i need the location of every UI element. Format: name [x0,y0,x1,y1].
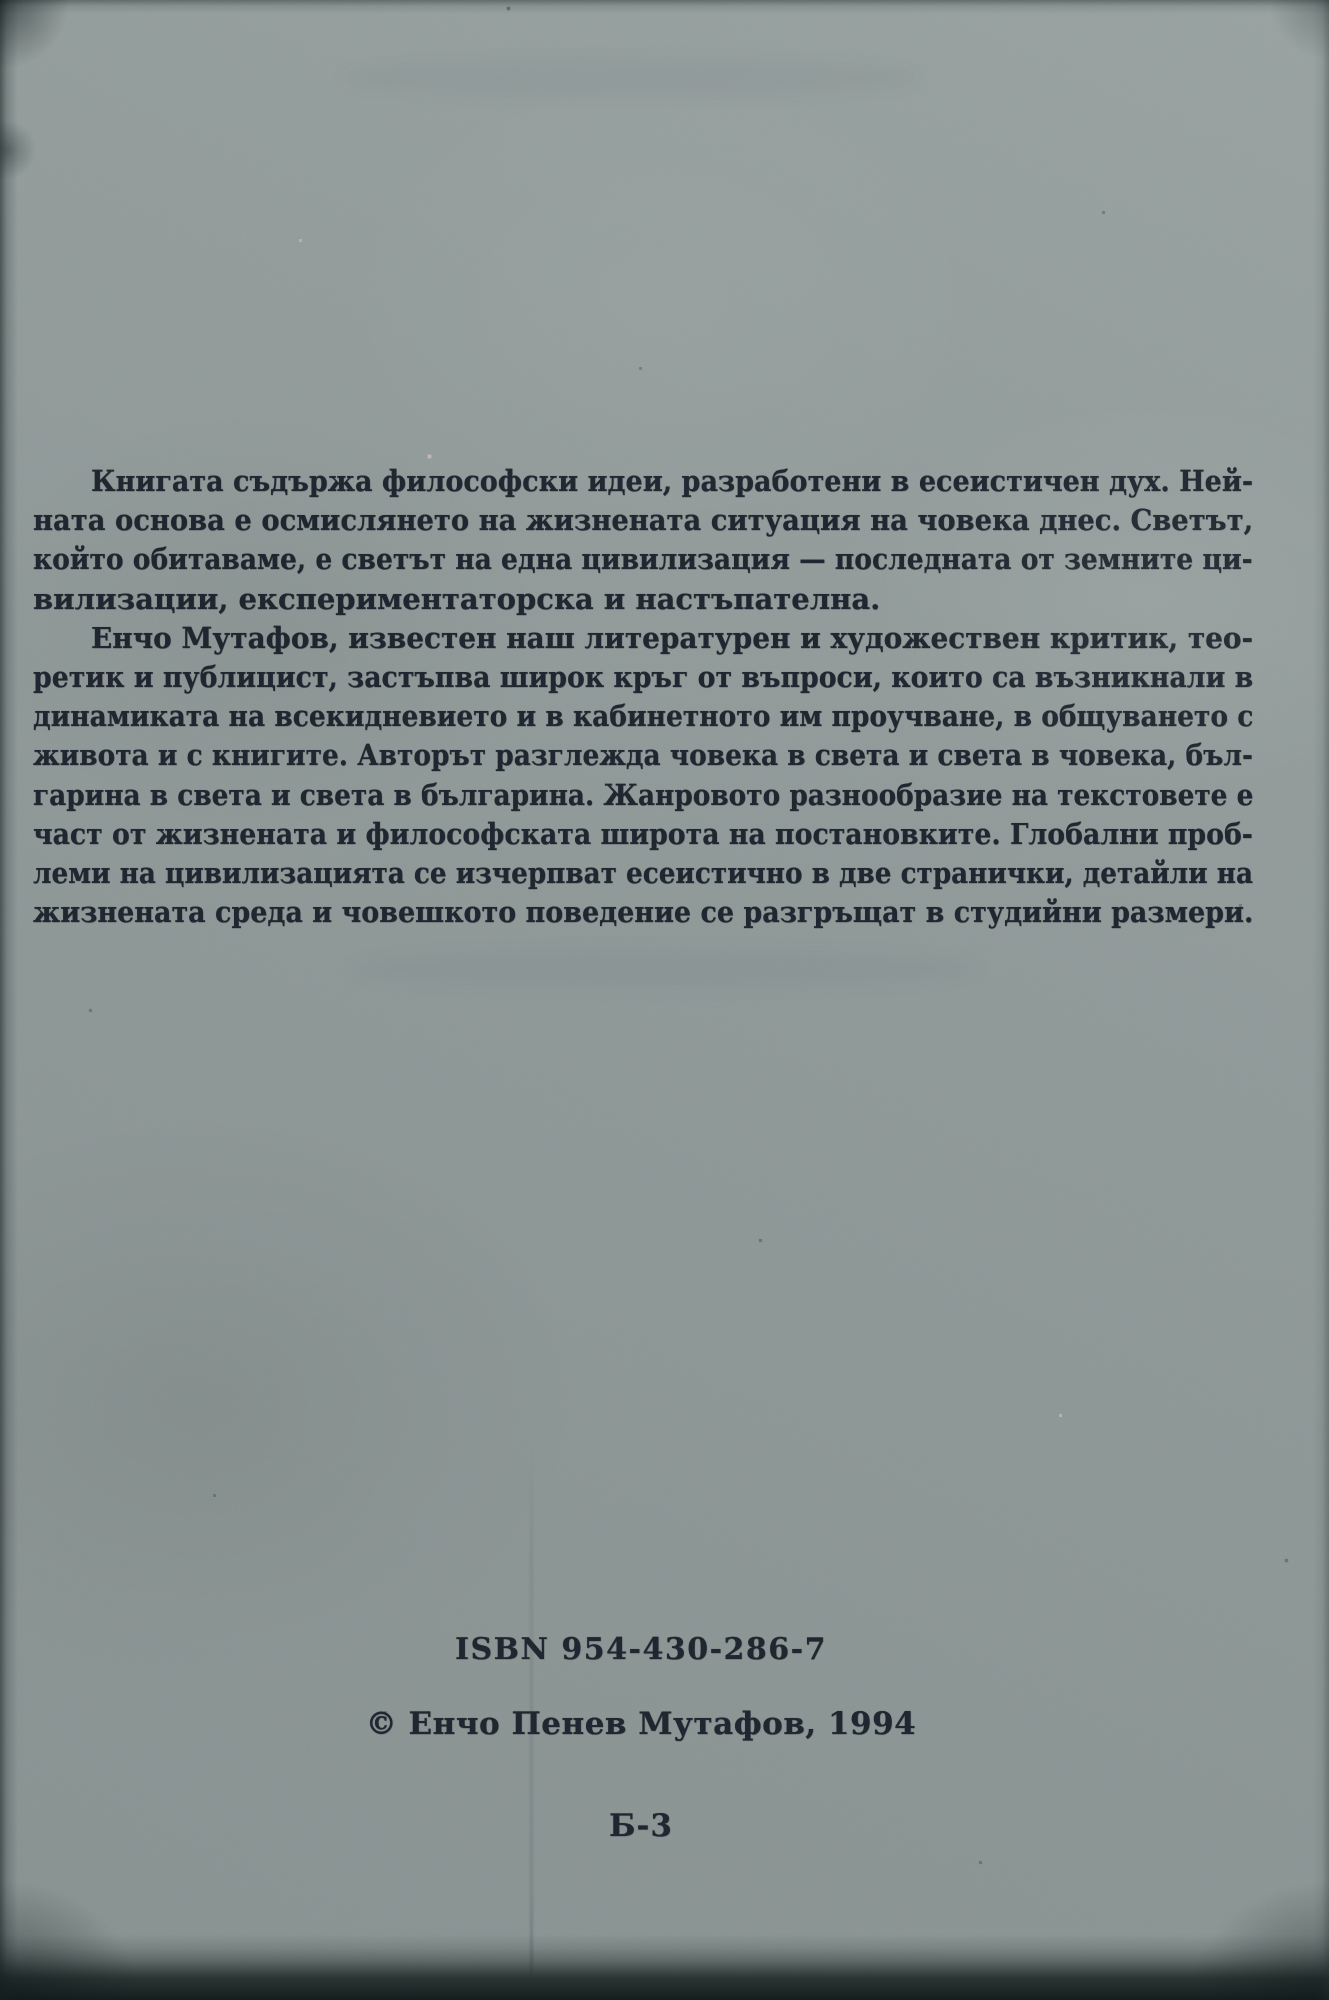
catalog-code: Б-3 [0,1808,1282,1844]
scanned-book-page: Книгата съдържа философски идеи, разрабо… [0,0,1329,2000]
isbn-line: ISBN 954-430-286-7 [0,1632,1282,1667]
imprint-block: ISBN 954-430-286-7 © Енчо Пенев Мутафов,… [0,0,1282,2000]
copyright-line: © Енчо Пенев Мутафов, 1994 [0,1706,1282,1742]
